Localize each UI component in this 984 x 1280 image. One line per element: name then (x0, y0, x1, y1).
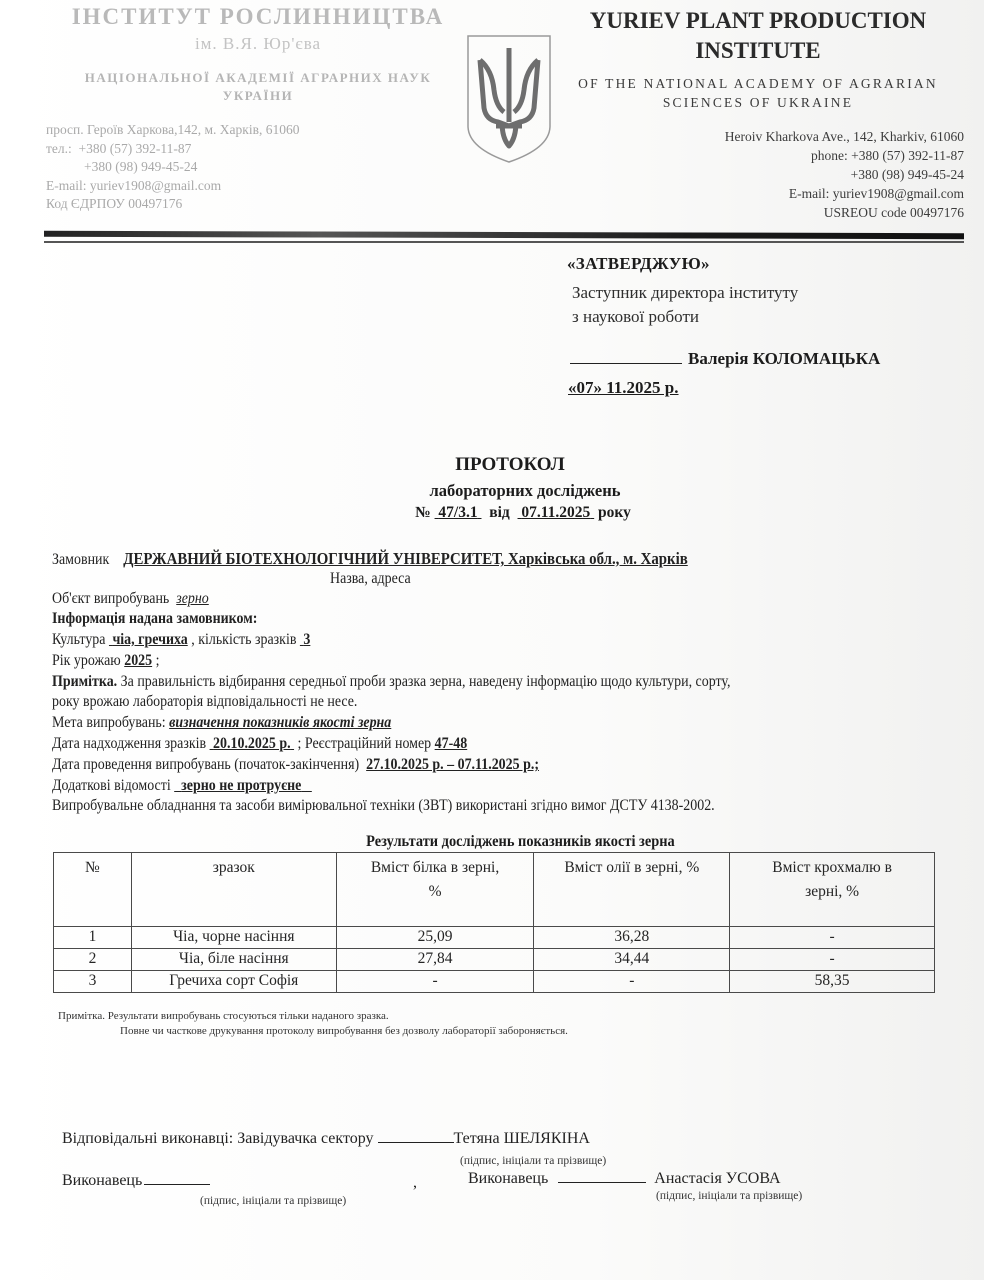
contacts-ua: просп. Героїв Харкова,142, м. Харків, 61… (46, 121, 299, 214)
receipt-label: Дата надходження зразків (52, 735, 206, 752)
institute-title-en-line1: YURIEV PLANT PRODUCTION (556, 6, 960, 36)
signature-blank (570, 351, 682, 364)
extra-value: зерно не протруєне (174, 777, 312, 794)
cell-starch: 58,35 (730, 971, 935, 993)
harvest-value: 2025 (124, 652, 152, 669)
signature-caption: (підпис, ініціали та прізвище) (656, 1190, 802, 1202)
table-row: 1 Чіа, чорне насіння 25,09 36,28 - (54, 927, 935, 949)
date-suffix: року (598, 504, 631, 521)
note-text1: За правильність відбирання середньої про… (121, 673, 731, 690)
signature-blank (378, 1130, 454, 1143)
protocol-number: 47/3.1 (435, 504, 482, 521)
cell-starch: - (730, 927, 935, 949)
phone-row-ua: тел.: +380 (57) 392-11-87 (46, 140, 299, 159)
head-name: Тетяна ШЕЛЯКІНА (454, 1130, 590, 1147)
samples-value: 3 (300, 631, 310, 648)
approval-position-line2: з наукової роботи (572, 305, 798, 329)
footnote-line1: Примітка. Результати випробувань стосуют… (58, 1010, 389, 1022)
institute-title-ua: ІНСТИТУТ РОСЛИННИЦТВА (58, 4, 458, 30)
date-prefix: від (489, 504, 510, 521)
note-label: Примітка. (52, 673, 117, 690)
protocol-title: ПРОТОКОЛ (0, 454, 984, 476)
samples-label: , кількість зразків (191, 631, 296, 648)
cell-protein: - (336, 971, 534, 993)
customer-label: Замовник (52, 551, 109, 568)
email-ua: E-mail: yuriev1908@gmail.com (46, 177, 299, 196)
cell-sample: Чіа, чорне насіння (131, 927, 336, 949)
test-dates-line: Дата проведення випробувань (початок-зак… (52, 756, 593, 774)
protocol-date: 07.11.2025 (518, 504, 595, 521)
executor2-signature-line: Виконавець Анастасія УСОВА (468, 1170, 781, 1188)
header-num: № (54, 853, 132, 927)
approval-position: Заступник директора інституту з наукової… (572, 281, 798, 329)
test-dates-value: 27.10.2025 р. – 07.11.2025 р.; (366, 756, 539, 773)
code-en: USREOU code 00497176 (725, 203, 964, 222)
purpose-line: Мета випробувань: визначення показників … (52, 714, 429, 732)
academy-en: OF THE NATIONAL ACADEMY OF AGRARIAN SCIE… (552, 74, 964, 112)
number-prefix: № (415, 504, 431, 521)
culture-label: Культура (52, 631, 105, 648)
protocol-subtitle: лабораторних досліджень (0, 481, 984, 501)
email-en: E-mail: yuriev1908@gmail.com (725, 184, 964, 203)
executor2-name: Анастасія УСОВА (654, 1170, 780, 1187)
cell-sample: Чіа, біле насіння (131, 949, 336, 971)
approval-heading: «ЗАТВЕРДЖУЮ» (567, 254, 710, 274)
header-starch: Вміст крохмалю взерні, % (730, 853, 935, 927)
executor1-signature-line: Виконавець (62, 1172, 210, 1190)
cell-protein: 27,84 (336, 949, 534, 971)
address-en: Heroiv Kharkova Ave., 142, Kharkiv, 6106… (725, 127, 964, 146)
phone-label-ua: тел.: (46, 141, 72, 156)
customer-line: Замовник ДЕРЖАВНИЙ БІОТЕХНОЛОГІЧНИЙ УНІВ… (52, 549, 758, 569)
cell-num: 2 (54, 949, 132, 971)
institute-title-en-line2: INSTITUTE (556, 36, 960, 66)
cell-num: 1 (54, 927, 132, 949)
trident-coat-of-arms-icon (462, 30, 556, 166)
institute-subtitle-ua: ім. В.Я. Юр'єва (58, 34, 458, 54)
harvest-label: Рік урожаю (52, 652, 121, 669)
extra-label: Додаткові відомості (52, 777, 171, 794)
cell-starch: - (730, 949, 935, 971)
signature-blank (144, 1172, 210, 1185)
signature-blank (558, 1170, 646, 1183)
note-line: Примітка. За правильність відбирання сер… (52, 673, 806, 691)
receipt-value: 20.10.2025 р. (210, 735, 294, 752)
academy-line1-ua: НАЦІОНАЛЬНОЇ АКАДЕМІЇ АГРАРНИХ НАУК (58, 70, 458, 86)
signature-caption: (підпис, ініціали та прізвище) (200, 1195, 346, 1207)
academy-en-line2: SCIENCES OF UKRAINE (552, 93, 964, 112)
contacts-en: Heroiv Kharkova Ave., 142, Kharkiv, 6106… (725, 127, 964, 222)
protocol-number-line: № 47/3.1 від 07.11.2025 року (0, 504, 984, 522)
phone1-ua: +380 (57) 392-11-87 (79, 141, 192, 156)
results-title: Результати досліджень показників якості … (40, 833, 984, 851)
object-label: Об'єкт випробувань (52, 590, 169, 607)
provided-heading: Інформація надана замовником: (52, 610, 280, 628)
approval-date: «07» 11.2025 р. (568, 378, 679, 398)
responsible-signature-line: Відповідальні виконавці: Завідувачка сек… (62, 1130, 590, 1148)
phone1-en: phone: +380 (57) 392-11-87 (725, 146, 964, 165)
document-page: ІНСТИТУТ РОСЛИННИЦТВА ім. В.Я. Юр'єва НА… (0, 0, 984, 1280)
purpose-value: визначення показників якості зерна (169, 714, 391, 731)
extra-line: Додаткові відомості зерно не протруєне (52, 777, 341, 795)
academy-line2-ua: УКРАЇНИ (58, 88, 458, 104)
harvest-line: Рік урожаю 2025 ; (52, 652, 171, 670)
receipt-line: Дата надходження зразків 20.10.2025 р. ;… (52, 735, 513, 753)
results-header-row: № зразок Вміст білка в зерні,% Вміст олі… (54, 853, 935, 927)
signature-caption: (підпис, ініціали та прізвище) (460, 1155, 606, 1167)
approval-position-line1: Заступник директора інституту (572, 281, 798, 305)
culture-line: Культура чіа, гречиха , кількість зразкі… (52, 631, 339, 649)
header-divider-thin (44, 241, 964, 243)
results-table: № зразок Вміст білка в зерні,% Вміст олі… (53, 852, 935, 993)
cell-sample: Гречиха сорт Софія (131, 971, 336, 993)
code-ua: Код ЄДРПОУ 00497176 (46, 195, 299, 214)
academy-en-line1: OF THE NATIONAL ACADEMY OF AGRARIAN (552, 74, 964, 93)
table-row: 2 Чіа, біле насіння 27,84 34,44 - (54, 949, 935, 971)
object-value: зерно (176, 590, 209, 607)
object-line: Об'єкт випробувань зерно (52, 590, 226, 608)
customer-caption: Назва, адреса (330, 570, 420, 588)
header-divider-thick (44, 231, 964, 239)
table-row: 3 Гречиха сорт Софія - - 58,35 (54, 971, 935, 993)
cell-oil: 36,28 (534, 927, 730, 949)
executor-label: Виконавець (468, 1170, 548, 1187)
separator-comma: , (413, 1174, 417, 1192)
equipment-line: Випробувальне обладнання та засоби вимір… (52, 797, 788, 815)
reg-label: ; Реєстраційний номер (298, 735, 432, 752)
cell-protein: 25,09 (336, 927, 534, 949)
executor-label: Виконавець (62, 1172, 142, 1189)
phone2-ua: +380 (98) 949-45-24 (46, 158, 299, 177)
purpose-label: Мета випробувань: (52, 714, 166, 731)
header-protein: Вміст білка в зерні,% (336, 853, 534, 927)
header-sample: зразок (131, 853, 336, 927)
footnote-line2: Повне чи часткове друкування протоколу в… (120, 1025, 568, 1037)
note-line2: року врожаю лабораторія відповідальності… (52, 693, 391, 711)
cell-oil: 34,44 (534, 949, 730, 971)
approval-signature: Валерія КОЛОМАЦЬКА (570, 349, 880, 369)
customer-value: ДЕРЖАВНИЙ БІОТЕХНОЛОГІЧНИЙ УНІВЕРСИТЕТ, … (123, 549, 688, 568)
responsible-label: Відповідальні виконавці: Завідувачка сек… (62, 1130, 374, 1147)
approver-name: Валерія КОЛОМАЦЬКА (688, 349, 880, 368)
institute-title-en: YURIEV PLANT PRODUCTION INSTITUTE (556, 6, 960, 66)
address-ua: просп. Героїв Харкова,142, м. Харків, 61… (46, 121, 299, 140)
reg-value: 47-48 (435, 735, 468, 752)
cell-num: 3 (54, 971, 132, 993)
cell-oil: - (534, 971, 730, 993)
phone2-en: +380 (98) 949-45-24 (725, 165, 964, 184)
culture-value: чіа, гречиха (109, 631, 188, 648)
test-dates-label: Дата проведення випробувань (початок-зак… (52, 756, 359, 773)
header-oil: Вміст олії в зерні, % (534, 853, 730, 927)
